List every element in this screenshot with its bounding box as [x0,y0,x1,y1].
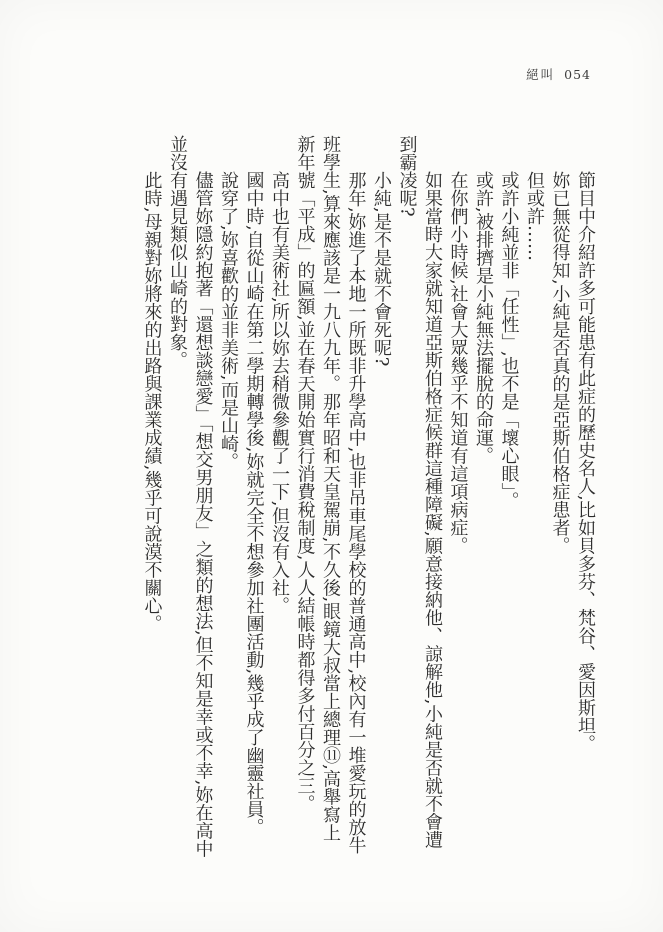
body-text: 節目中介紹許多可能患有此症的歷史名人,比如貝多芬、梵谷、愛因斯坦。 妳已無從得知… [84,135,598,858]
book-title: 絕叫 [526,67,555,82]
paragraph: 高中也有美術社,所以妳去稍微參觀了一下,但沒有入社。 [267,135,293,858]
page-number: 054 [564,67,591,82]
paragraph: 或許小純並非「任性」,也不是「壞心眼」。 [496,135,522,858]
paragraph: 或許,被排擠是小純無法擺脫的命運。 [471,135,497,858]
paragraph: 節目中介紹許多可能患有此症的歷史名人,比如貝多芬、梵谷、愛因斯坦。 [573,135,599,858]
paragraph: 但或許…… [522,135,548,858]
paragraph: 說穿了,妳喜歡的並非美術,而是山崎。 [216,135,242,858]
paragraph: 在你們小時候,社會大眾幾乎不知道有這項病症。 [445,135,471,858]
paragraph: 如果當時大家就知道亞斯伯格症候群這種障礙,願意接納他、諒解他,小純是否就不會遭到… [394,135,445,858]
paragraph: 此時,母親對妳將來的出路與課業成績,幾乎可說漠不關心。 [139,135,165,858]
paragraph: 國中時,自從山崎在第二學期轉學後,妳就完全不想參加社團活動,幾乎成了幽靈社員。 [241,135,267,858]
running-head: 絕叫054 [526,65,591,83]
book-page: 絕叫054 節目中介紹許多可能患有此症的歷史名人,比如貝多芬、梵谷、愛因斯坦。 … [0,0,663,932]
paragraph: 妳已無從得知,小純是否真的是亞斯伯格症患者。 [547,135,573,858]
paragraph: 那年,妳進了本地一所既非升學高中,也非吊車尾學校的普通高中,校內有一堆愛玩的放牛… [292,135,369,858]
paragraph: 小純,是不是就不會死呢? [369,135,395,858]
paragraph: 儘管妳隱約抱著「還想談戀愛」「想交男朋友」之類的想法,但不知是幸或不幸,妳在高中… [165,135,216,858]
